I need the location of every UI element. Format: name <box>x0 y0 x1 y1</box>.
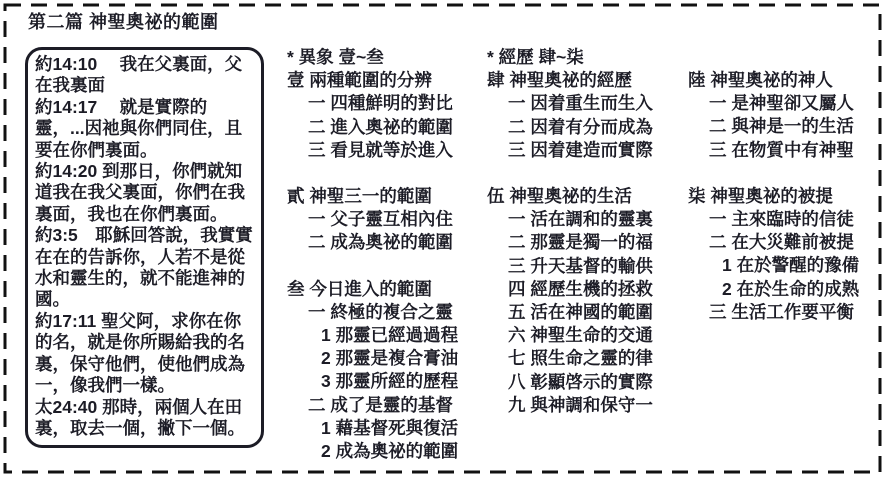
outline-page: { "page": { "title": "第二篇 神聖奧祕的範圍" }, "c… <box>0 0 885 477</box>
outline-line: 四 經歷生機的拯救 <box>487 278 653 301</box>
outline-line: 九 與神調和保守一 <box>487 394 653 417</box>
verse-text: 太24:40 那時，兩個人在田裏，取去一個，撇下一個。 <box>35 397 254 440</box>
outline-line: 三 生活工作要平衡 <box>688 301 859 324</box>
outline-line: 一 活在調和的靈裏 <box>487 208 653 231</box>
verse-text: 約3:5 耶穌回答說，我實實在在的告訴你，人若不是從水和靈生的，就不能進神的國。 <box>35 225 254 311</box>
outline-line: 一 四種鮮明的對比 <box>287 92 458 115</box>
outline-line: 肆 神聖奧祕的經歷 <box>487 69 653 92</box>
outline-line: 六 神聖生命的交通 <box>487 324 653 347</box>
scripture-quote-box: 約14:10 我在父裏面，父在我裏面約14:17 就是實際的靈，...因祂與你們… <box>25 47 264 448</box>
outline-line: 伍 神聖奧祕的生活 <box>487 185 653 208</box>
outline-line: 壹 兩種範圍的分辨 <box>287 69 458 92</box>
verse-text: 約14:17 就是實際的靈，...因祂與你們同住，且要在你們裏面。 <box>35 97 254 161</box>
outline-column-vision: * 異象 壹~叁壹 兩種範圍的分辨一 四種鮮明的對比二 進入奧祕的範圍三 看見就… <box>287 46 458 463</box>
outline-line: 八 彰顯啓示的實際 <box>487 371 653 394</box>
outline-line: 2 那靈是複合膏油 <box>287 347 458 370</box>
outline-line: 柒 神聖奧祕的被提 <box>688 185 859 208</box>
outline-line: 二 成為奧祕的範圍 <box>287 231 458 254</box>
outline-line: 1 藉基督死與復活 <box>287 417 458 440</box>
outline-line: * 經歷 肆~柒 <box>487 46 653 69</box>
outline-line: 2 在於生命的成熟 <box>688 278 859 301</box>
outline-line: 貳 神聖三一的範圍 <box>287 185 458 208</box>
outline-line: 二 成了是靈的基督 <box>287 394 458 417</box>
page-title: 第二篇 神聖奧祕的範圍 <box>28 8 219 34</box>
verse-text: 約14:20 到那日，你們就知道我在我父裏面，你們在我裏面，我也在你們裏面。 <box>35 161 254 225</box>
outline-line: 二 因着有分而成為 <box>487 116 653 139</box>
verse-text: 約17:11 聖父阿，求你在你的名，就是你所賜給我的名裏，保守他們，使他們成為一… <box>35 311 254 397</box>
outline-line: 七 照生命之靈的律 <box>487 347 653 370</box>
outline-line: 陸 神聖奧祕的神人 <box>688 69 859 92</box>
outline-line: 1 那靈已經過過程 <box>287 324 458 347</box>
outline-line: 一 主來臨時的信徒 <box>688 208 859 231</box>
outline-line: 一 終極的複合之靈 <box>287 301 458 324</box>
verse-text: 約14:10 我在父裏面，父在我裏面 <box>35 54 254 97</box>
outline-column-godman-rapture: 陸 神聖奧祕的神人一 是神聖卻又屬人二 與神是一的生活三 在物質中有神聖柒 神聖… <box>688 69 859 324</box>
outline-line: 一 是神聖卻又屬人 <box>688 92 859 115</box>
outline-line: 叁 今日進入的範圍 <box>287 278 458 301</box>
outline-column-experience: * 經歷 肆~柒肆 神聖奧祕的經歷一 因着重生而生入二 因着有分而成為三 因着建… <box>487 46 653 417</box>
outline-line: 三 看見就等於進入 <box>287 139 458 162</box>
outline-line: 二 進入奧祕的範圍 <box>287 116 458 139</box>
outline-line: 一 因着重生而生入 <box>487 92 653 115</box>
outline-line: 1 在於警醒的豫備 <box>688 254 859 277</box>
outline-line: 3 那靈所經的歷程 <box>287 370 458 393</box>
outline-line: * 異象 壹~叁 <box>287 46 458 69</box>
outline-line: 一 父子靈互相內住 <box>287 208 458 231</box>
outline-line: 三 升天基督的輸供 <box>487 255 653 278</box>
outline-line: 2 成為奧祕的範圍 <box>287 440 458 463</box>
outline-line: 五 活在神國的範圍 <box>487 301 653 324</box>
outline-line: 二 與神是一的生活 <box>688 115 859 138</box>
outline-line: 二 在大災難前被提 <box>688 231 859 254</box>
outline-line: 二 那靈是獨一的福 <box>487 231 653 254</box>
outline-line: 三 因着建造而實際 <box>487 139 653 162</box>
outline-line: 三 在物質中有神聖 <box>688 139 859 162</box>
